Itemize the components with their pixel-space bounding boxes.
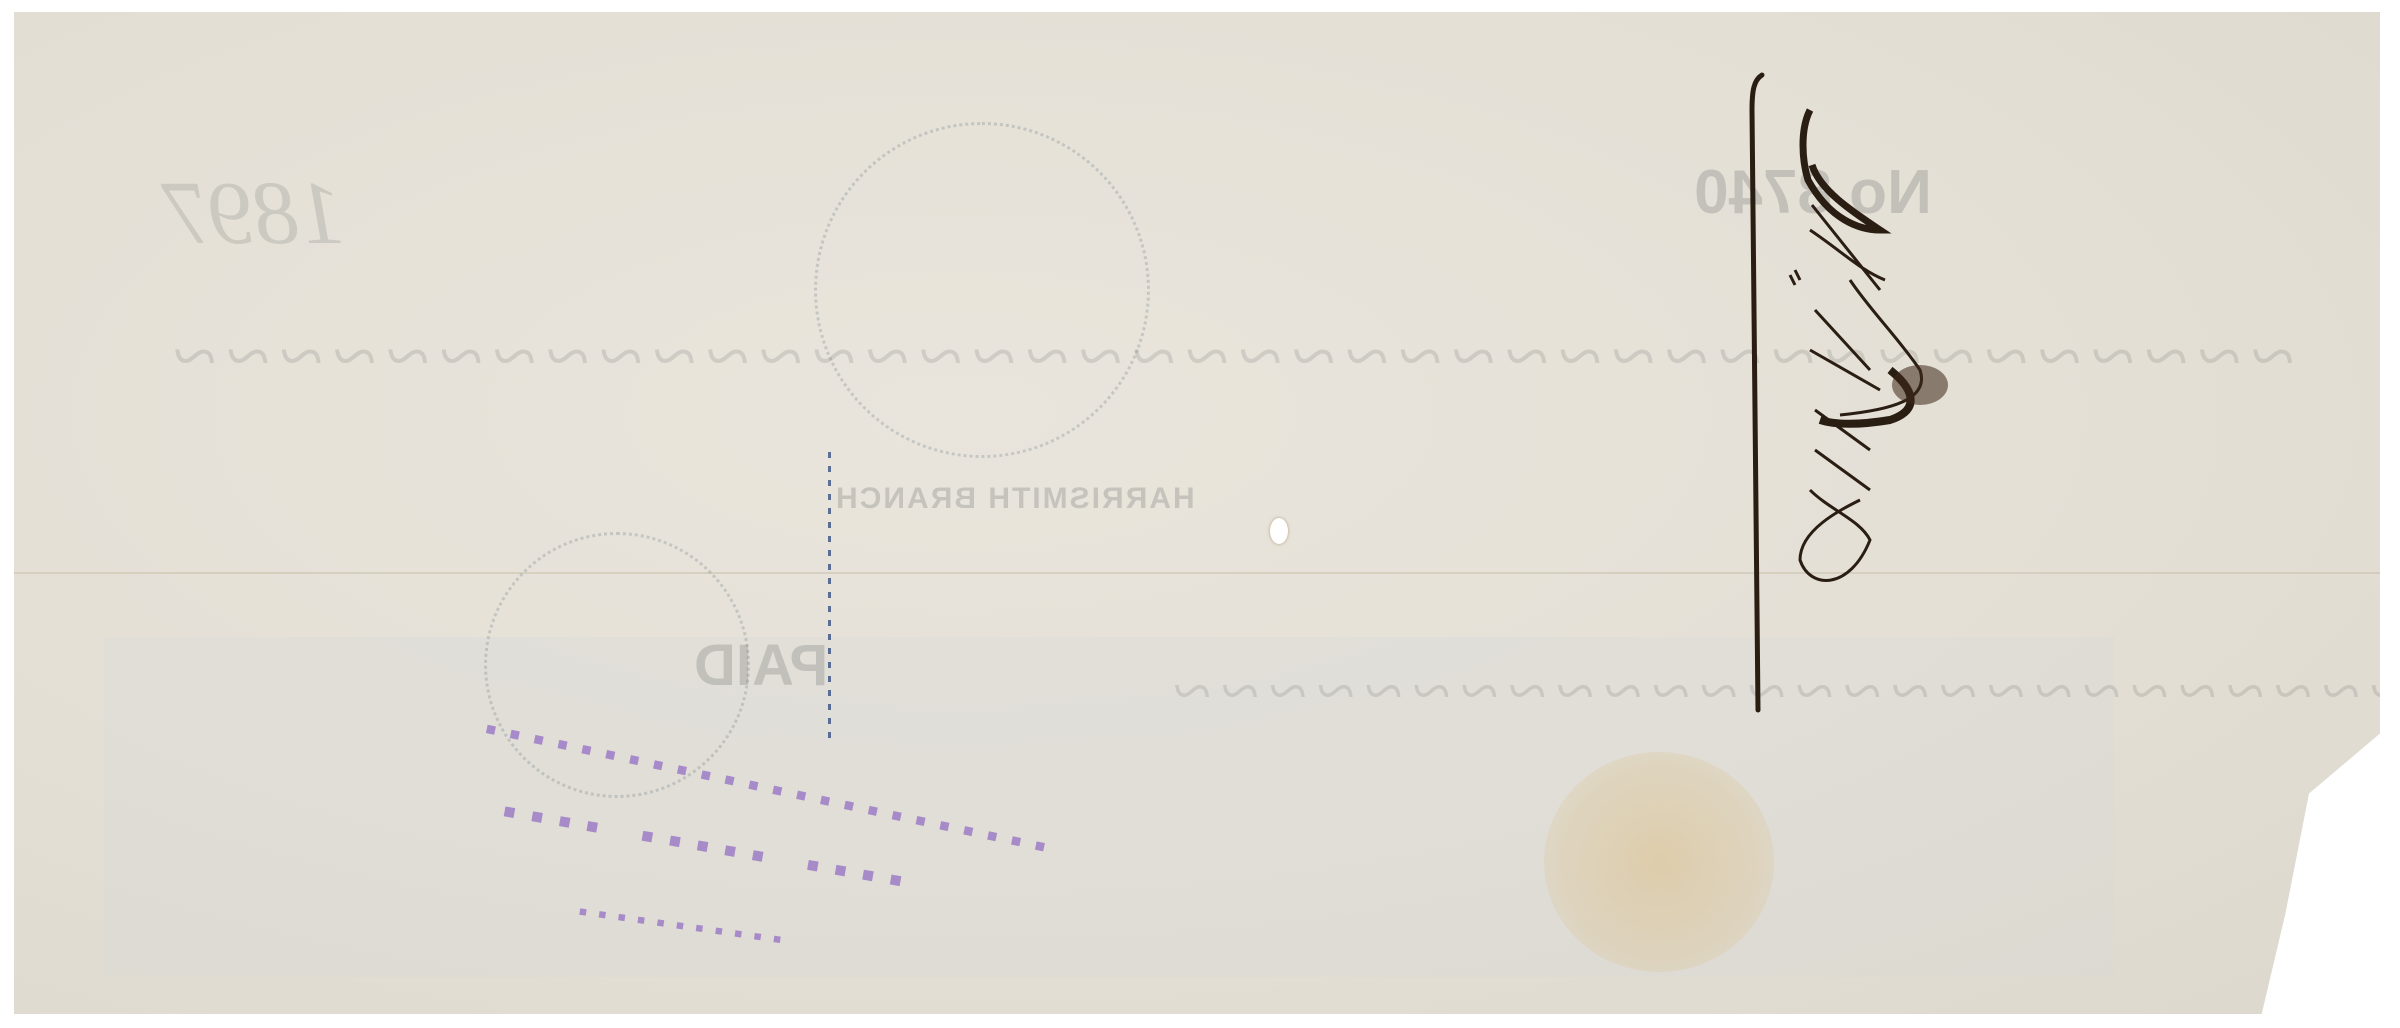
cheque-paper: 1897 No 8740 HARRISMITH BRANCH PAID ~~~~… bbox=[14, 12, 2380, 1014]
blue-ink-dots bbox=[828, 452, 831, 742]
ghost-branch-stamp: HARRISMITH BRANCH bbox=[834, 482, 1195, 516]
fold-line bbox=[14, 572, 2380, 574]
water-stain bbox=[1544, 752, 1774, 972]
ghost-date: 1897 bbox=[164, 162, 344, 265]
punch-hole bbox=[1270, 518, 1288, 544]
endorsement-signature bbox=[1740, 70, 1980, 720]
circle-stamp-ghost-2 bbox=[814, 122, 1150, 458]
